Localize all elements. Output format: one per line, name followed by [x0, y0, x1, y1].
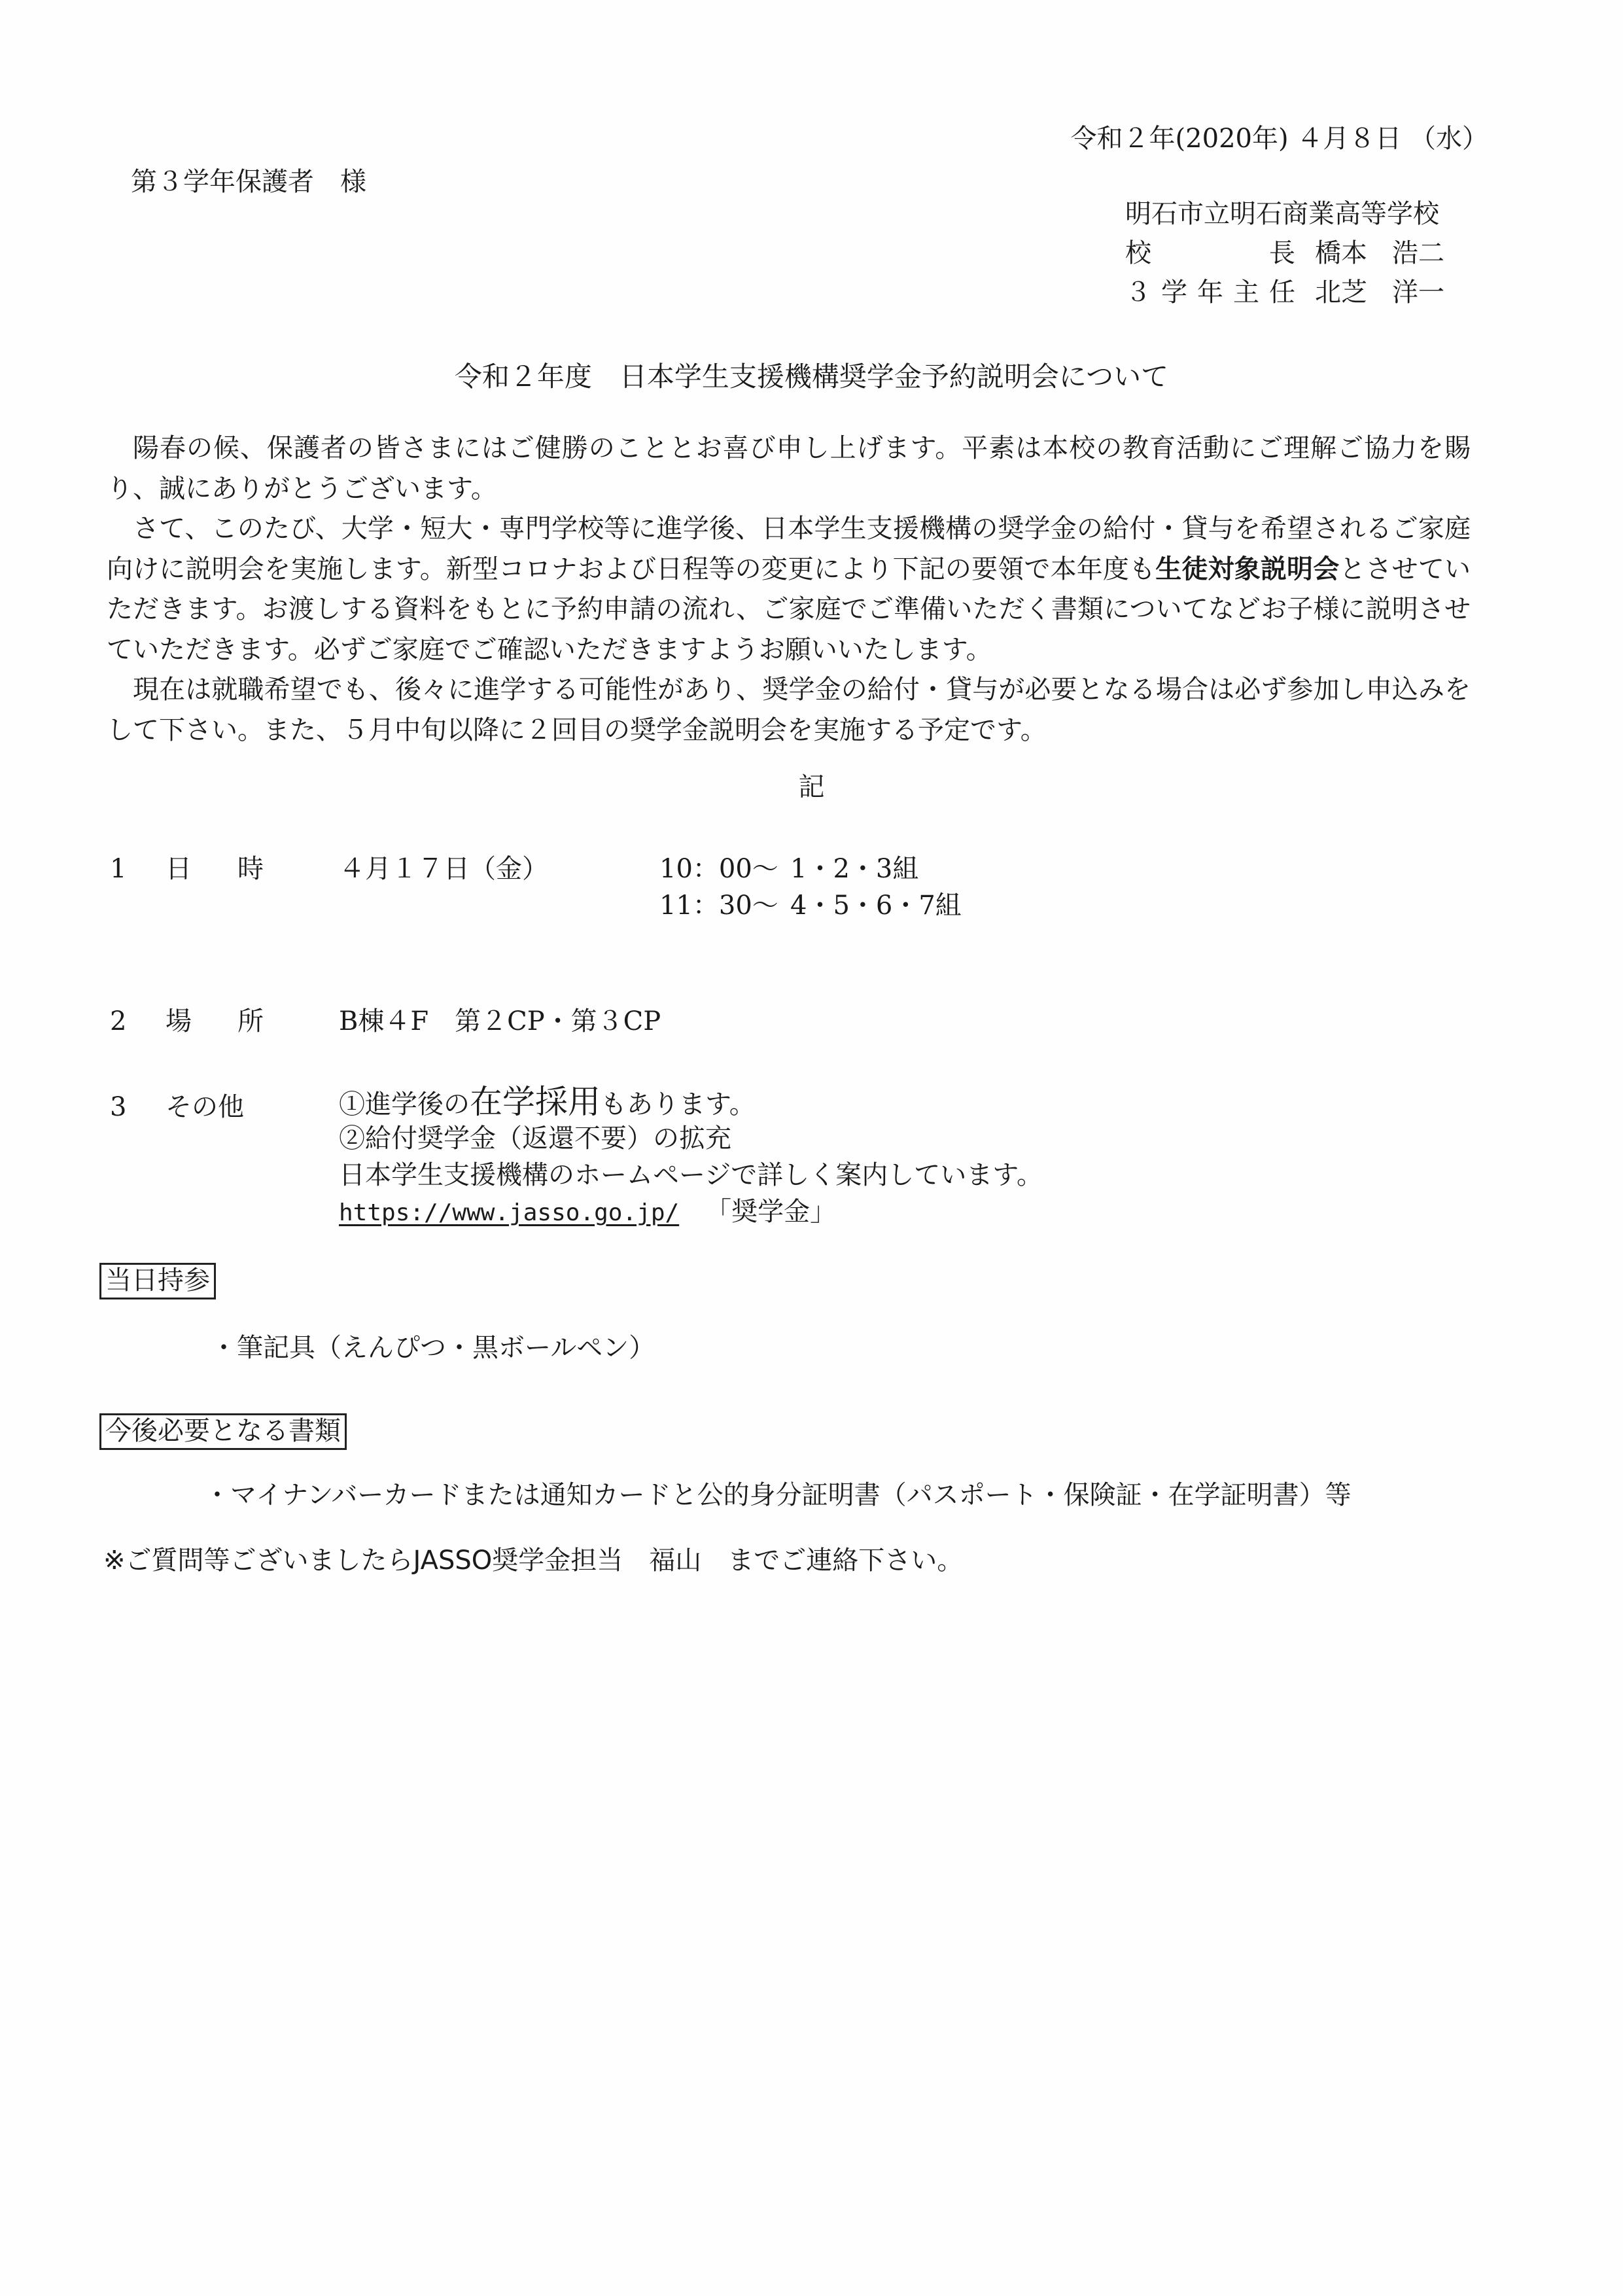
role-char: 任	[1269, 277, 1295, 316]
item-number: 2	[110, 1008, 126, 1034]
document-title: 令和２年度 日本学生支援機構奨学金予約説明会について	[0, 355, 1623, 395]
role-char: ３	[1125, 277, 1151, 316]
label-char: 所	[237, 1008, 264, 1034]
principal-name: 橋本 浩二	[1315, 238, 1444, 277]
emphasis-text: 在学採用	[470, 1083, 601, 1121]
session-classes: 1・2・3組	[790, 856, 918, 882]
emphasis-text: 生徒対象説明会	[1155, 554, 1339, 584]
bring-heading: 当日持参	[99, 1263, 216, 1299]
detail-line: https://www.jasso.go.jp/「奨学金」	[339, 1196, 1043, 1233]
link-suffix: 「奨学金」	[705, 1197, 836, 1227]
ki-marker: 記	[0, 774, 1623, 800]
grade-head-name: 北芝 洋一	[1315, 277, 1444, 316]
item-label: 場 所	[166, 1008, 264, 1034]
other-details: ①進学後の在学採用もあります。 ②給付奨学金（返還不要）の拡充 日本学生支援機構…	[339, 1086, 1043, 1233]
event-date: ４月１７日（金）	[339, 856, 548, 882]
jasso-link[interactable]: https://www.jasso.go.jp/	[339, 1199, 679, 1226]
session-row: 11：30～ 4・5・6・7組	[659, 892, 962, 919]
item-number: 1	[110, 856, 126, 882]
text-span: もあります。	[601, 1089, 756, 1120]
session-classes: 4・5・6・7組	[790, 892, 962, 919]
detail-line: ①進学後の在学採用もあります。	[339, 1086, 1043, 1123]
role-char: 主	[1233, 277, 1259, 316]
documents-heading: 今後必要となる書類	[99, 1413, 347, 1450]
paragraph-greeting: 陽春の候、保護者の皆さまにはご健勝のこととお喜び申し上げます。平素は本校の教育活…	[107, 429, 1471, 509]
grade-head-role: ３ 学 年 主 任	[1125, 277, 1295, 316]
session-time: 11：30～	[659, 892, 790, 919]
body-text: 陽春の候、保護者の皆さまにはご健勝のこととお喜び申し上げます。平素は本校の教育活…	[107, 429, 1471, 751]
session-time: 10：00～	[659, 856, 790, 882]
role-char: 学	[1161, 277, 1187, 316]
documents-section: 今後必要となる書類	[99, 1413, 347, 1450]
item-label: その他	[166, 1094, 264, 1120]
surname: 北芝	[1315, 277, 1367, 316]
document-date: 令和２年(2020年) ４月８日 （水）	[1071, 126, 1488, 152]
text-span: ①進学後の	[339, 1089, 470, 1120]
sender-block: 明石市立明石商業高等学校 校 長 橋本 浩二 ３ 学 年 主 任 北芝 洋一	[1125, 198, 1444, 316]
detail-line: ②給付奨学金（返還不要）の拡充	[339, 1123, 1043, 1159]
session-row: 10：00～ 1・2・3組	[659, 856, 918, 882]
location-text: B棟４F 第２CP・第３CP	[339, 1008, 661, 1034]
role-char: 校	[1125, 238, 1151, 277]
school-name: 明石市立明石商業高等学校	[1125, 198, 1444, 238]
contact-note: ※ご質問等ございましたらJASSO奨学金担当 福山 までご連絡下さい。	[103, 1547, 963, 1574]
item-label: 日 時	[166, 856, 264, 882]
principal-row: 校 長 橋本 浩二	[1125, 238, 1444, 277]
addressee: 第３学年保護者 様	[131, 169, 366, 195]
given-name: 洋一	[1392, 277, 1444, 316]
surname: 橋本	[1315, 238, 1367, 277]
grade-head-row: ３ 学 年 主 任 北芝 洋一	[1125, 277, 1444, 316]
given-name: 浩二	[1392, 238, 1444, 277]
paragraph-request: 現在は就職希望でも、後々に進学する可能性があり、奨学金の給付・貸与が必要となる場…	[107, 670, 1471, 751]
detail-line: 日本学生支援機構のホームページで詳しく案内しています。	[339, 1159, 1043, 1196]
documents-item: ・マイナンバーカードまたは通知カードと公的身分証明書（パスポート・保険証・在学証…	[204, 1482, 1352, 1508]
item-number: 3	[110, 1094, 126, 1120]
label-char: 場	[166, 1008, 192, 1034]
label-char: 時	[237, 856, 264, 882]
bring-item: ・筆記具（えんぴつ・黒ボールペン）	[211, 1335, 655, 1361]
bring-section: 当日持参	[99, 1263, 216, 1299]
label-char: 日	[166, 856, 192, 882]
role-char: 長	[1269, 238, 1295, 277]
principal-role: 校 長	[1125, 238, 1295, 277]
role-char: 年	[1197, 277, 1223, 316]
paragraph-announcement: さて、このたび、大学・短大・専門学校等に進学後、日本学生支援機構の奨学金の給付・…	[107, 509, 1471, 670]
